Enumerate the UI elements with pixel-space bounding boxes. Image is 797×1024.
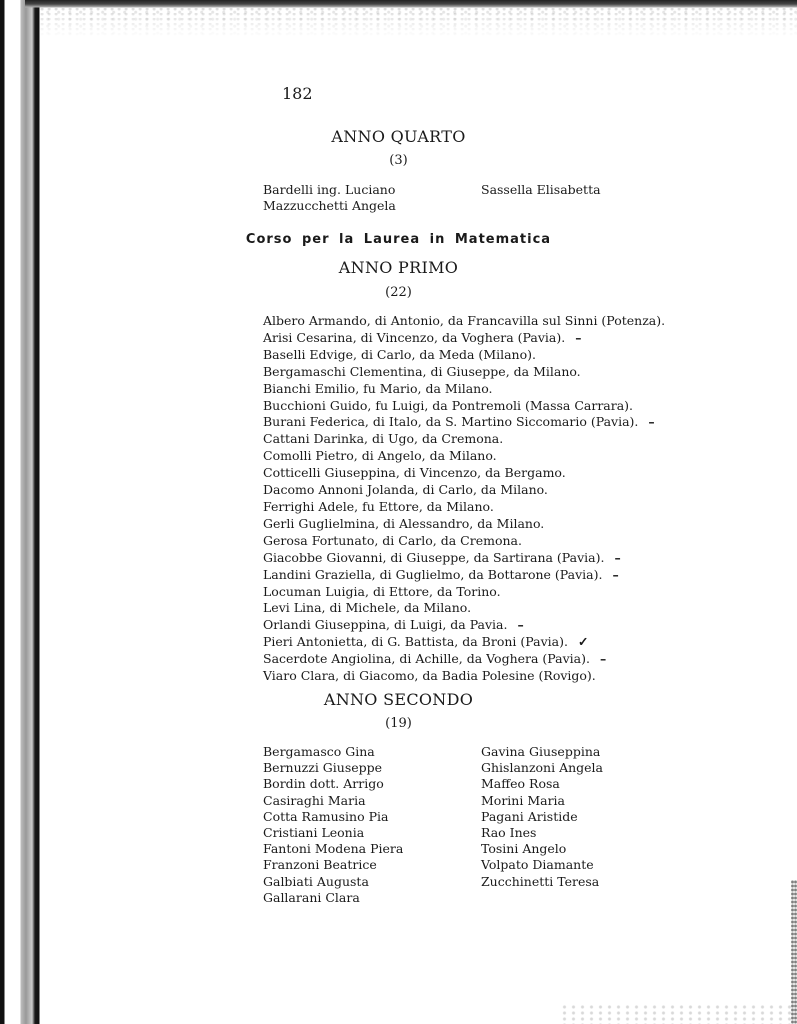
list-item: Pieri Antonietta, di G. Battista, da Bro…	[263, 634, 733, 651]
section-heading-anno-quarto: ANNO QUARTO	[0, 127, 797, 146]
column-left: Bergamasco Gina Bernuzzi Giuseppe Bordin…	[263, 744, 481, 906]
margin-mark: –	[600, 651, 606, 668]
list-item: Albero Armando, di Antonio, da Francavil…	[263, 313, 733, 330]
list-item: Giacobbe Giovanni, di Giuseppe, da Sarti…	[263, 550, 733, 567]
list-item: Gerli Guglielmina, di Alessandro, da Mil…	[263, 516, 733, 533]
course-title: Corso per la Laurea in Matematica	[0, 232, 797, 247]
list-item: Bianchi Emilio, fu Mario, da Milano.	[263, 381, 733, 398]
list-item: Bernuzzi Giuseppe	[263, 760, 481, 776]
list-item: Pagani Aristide	[481, 809, 681, 825]
page-number: 182	[282, 84, 313, 103]
column-left: Bardelli ing. Luciano Mazzucchetti Angel…	[263, 182, 481, 214]
section-count-anno-quarto: (3)	[0, 153, 797, 168]
section-count-anno-secondo: (19)	[0, 716, 797, 731]
margin-mark: ✓	[578, 634, 588, 651]
section-heading-anno-secondo: ANNO SECONDO	[0, 690, 797, 709]
list-item: Bordin dott. Arrigo	[263, 776, 481, 792]
page-top-edge	[25, 0, 797, 8]
list-item: Gavina Giuseppina	[481, 744, 681, 760]
list-item: Cattani Darinka, di Ugo, da Cremona.	[263, 431, 733, 448]
list-item: Fantoni Modena Piera	[263, 841, 481, 857]
list-item: Viaro Clara, di Giacomo, da Badia Polesi…	[263, 668, 733, 685]
list-item: Bardelli ing. Luciano	[263, 182, 481, 198]
list-item: Cristiani Leonia	[263, 825, 481, 841]
margin-mark: –	[648, 414, 654, 431]
list-item: Maffeo Rosa	[481, 776, 681, 792]
list-item: Cotticelli Giuseppina, di Vincenzo, da B…	[263, 465, 733, 482]
list-item: Sassella Elisabetta	[481, 182, 681, 198]
list-item: Sacerdote Angiolina, di Achille, da Vogh…	[263, 651, 733, 668]
list-item: Bergamasco Gina	[263, 744, 481, 760]
column-right: Sassella Elisabetta	[481, 182, 681, 214]
list-item: Volpato Diamante	[481, 857, 681, 873]
list-item: Galbiati Augusta	[263, 874, 481, 890]
name-list-anno-quarto: Bardelli ing. Luciano Mazzucchetti Angel…	[263, 182, 683, 214]
scan-noise-right	[791, 880, 797, 1024]
list-item: Landini Graziella, di Guglielmo, da Bott…	[263, 567, 733, 584]
section-count-anno-primo: (22)	[0, 285, 797, 300]
list-item: Casiraghi Maria	[263, 793, 481, 809]
list-item: Burani Federica, di Italo, da S. Martino…	[263, 414, 733, 431]
list-item: Mazzucchetti Angela	[263, 198, 481, 214]
scan-noise-top	[40, 8, 797, 38]
list-item: Franzoni Beatrice	[263, 857, 481, 873]
margin-mark: –	[614, 550, 620, 567]
list-item: Levi Lina, di Michele, da Milano.	[263, 600, 733, 617]
list-item: Rao Ines	[481, 825, 681, 841]
list-item: Orlandi Giuseppina, di Luigi, da Pavia.–	[263, 617, 733, 634]
list-item: Gallarani Clara	[263, 890, 481, 906]
list-item: Ferrighi Adele, fu Ettore, da Milano.	[263, 499, 733, 516]
list-item: Tosini Angelo	[481, 841, 681, 857]
name-list-anno-primo: Albero Armando, di Antonio, da Francavil…	[263, 313, 733, 685]
margin-mark: –	[612, 567, 618, 584]
column-right: Gavina Giuseppina Ghislanzoni Angela Maf…	[481, 744, 681, 906]
list-item: Cotta Ramusino Pia	[263, 809, 481, 825]
scan-noise-bottom	[560, 1004, 797, 1024]
list-item: Bergamaschi Clementina, di Giuseppe, da …	[263, 364, 733, 381]
list-item: Arisi Cesarina, di Vincenzo, da Voghera …	[263, 330, 733, 347]
list-item: Zucchinetti Teresa	[481, 874, 681, 890]
list-item: Comolli Pietro, di Angelo, da Milano.	[263, 448, 733, 465]
list-item: Locuman Luigia, di Ettore, da Torino.	[263, 584, 733, 601]
name-list-anno-secondo: Bergamasco Gina Bernuzzi Giuseppe Bordin…	[263, 744, 683, 906]
list-item: Gerosa Fortunato, di Carlo, da Cremona.	[263, 533, 733, 550]
section-heading-anno-primo: ANNO PRIMO	[0, 258, 797, 277]
margin-mark: –	[517, 617, 523, 634]
list-item: Morini Maria	[481, 793, 681, 809]
list-item: Bucchioni Guido, fu Luigi, da Pontremoli…	[263, 398, 733, 415]
list-item: Dacomo Annoni Jolanda, di Carlo, da Mila…	[263, 482, 733, 499]
margin-mark: –	[575, 330, 581, 347]
list-item: Ghislanzoni Angela	[481, 760, 681, 776]
list-item: Baselli Edvige, di Carlo, da Meda (Milan…	[263, 347, 733, 364]
